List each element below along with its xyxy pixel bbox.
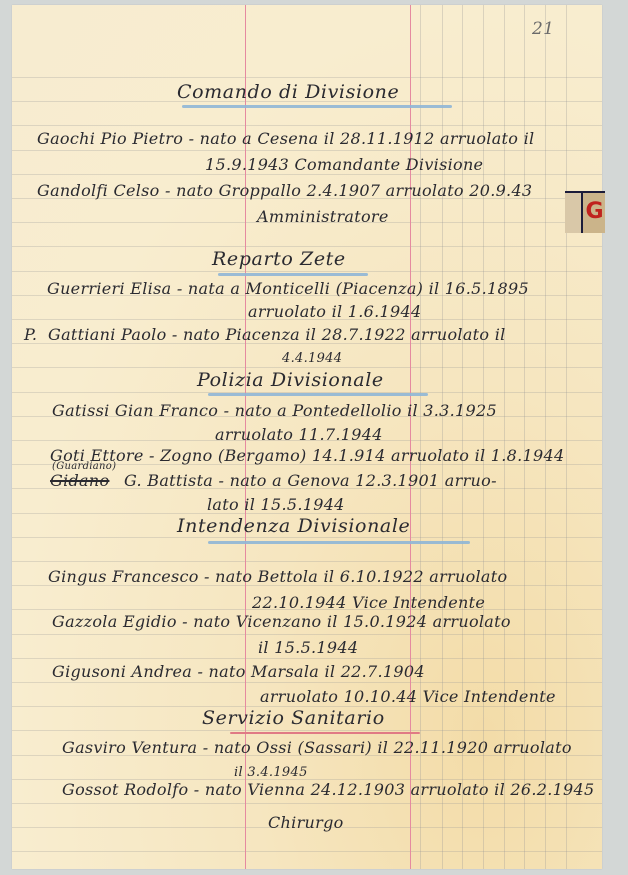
ruled-line [12,367,602,368]
ruled-line [12,803,602,804]
entry-line: Gattiani Paolo - nato Piacenza il 28.7.1… [48,325,506,344]
ruled-line [12,682,602,683]
ruled-line [12,634,602,635]
entry-line: Gigusoni Andrea - nato Marsala il 22.7.1… [52,662,425,681]
ruled-line [12,851,602,852]
ruled-line [12,246,602,247]
page-number: 21 [532,19,554,39]
heading-underline [208,541,470,544]
entry-prefix: P. [24,325,37,344]
ruled-line [12,537,602,538]
ledger-page: 21 Comando di Divisione Gaochi Pio Pietr… [12,5,602,869]
index-tab: G [565,191,605,233]
section-heading-intendenza: Intendenza Divisionale [177,515,410,537]
entry-line: Guerrieri Elisa - nata a Monticelli (Pia… [47,279,529,298]
entry-line: Chirurgo [268,813,344,832]
entry-line: Gossot Rodolfo - nato Vienna 24.12.1903 … [62,780,595,799]
heading-underline [182,105,452,108]
entry-line: il 15.5.1944 [258,638,358,657]
entry-line: arruolato 10.10.44 Vice Intendente [260,687,556,706]
ruled-line [12,150,602,151]
entry-line: 4.4.1944 [282,351,342,366]
entry-line: il 3.4.1945 [234,765,308,780]
tab-divider [581,193,583,233]
entry-line: Gasviro Ventura - nato Ossi (Sassari) il… [62,738,572,757]
struck-word: Gidano [50,471,109,490]
entry-line: Gazzola Egidio - nato Vicenzano il 15.0.… [52,612,511,631]
entry-line: G. Battista - nato a Genova 12.3.1901 ar… [124,471,497,490]
heading-underline [208,393,428,396]
entry-line: Gatissi Gian Franco - nato a Pontedellol… [52,401,497,420]
entry-line: Goti Ettore - Zogno (Bergamo) 14.1.914 a… [50,446,564,465]
heading-underline [230,732,420,734]
ruled-line [12,658,602,659]
section-heading-comando: Comando di Divisione [177,81,399,103]
entry-line: Gaochi Pio Pietro - nato a Cesena il 28.… [37,129,534,148]
entry-line: Gandolfi Celso - nato Groppallo 2.4.1907… [37,181,532,200]
entry-line: 15.9.1943 Comandante Divisione [205,155,483,174]
section-heading-servizio-sanitario: Servizio Sanitario [202,707,385,729]
entry-line: arruolato 11.7.1944 [215,425,383,444]
ruled-line [12,174,602,175]
entry-line: lato il 15.5.1944 [207,495,345,514]
ruled-line [12,271,602,272]
ruled-line [12,125,602,126]
index-tab-letter: G [584,199,605,224]
entry-line: arruolato il 1.6.1944 [248,302,421,321]
ruled-line [12,730,602,731]
entry-line: Gingus Francesco - nato Bettola il 6.10.… [48,567,507,586]
heading-underline [218,273,368,276]
ruled-line [12,561,602,562]
ruled-line [12,77,602,78]
entry-line: Amministratore [257,207,389,226]
section-heading-polizia: Polizia Divisionale [197,369,384,391]
section-heading-reparto: Reparto Zete [212,248,346,270]
entry-line: 22.10.1944 Vice Intendente [252,593,485,612]
